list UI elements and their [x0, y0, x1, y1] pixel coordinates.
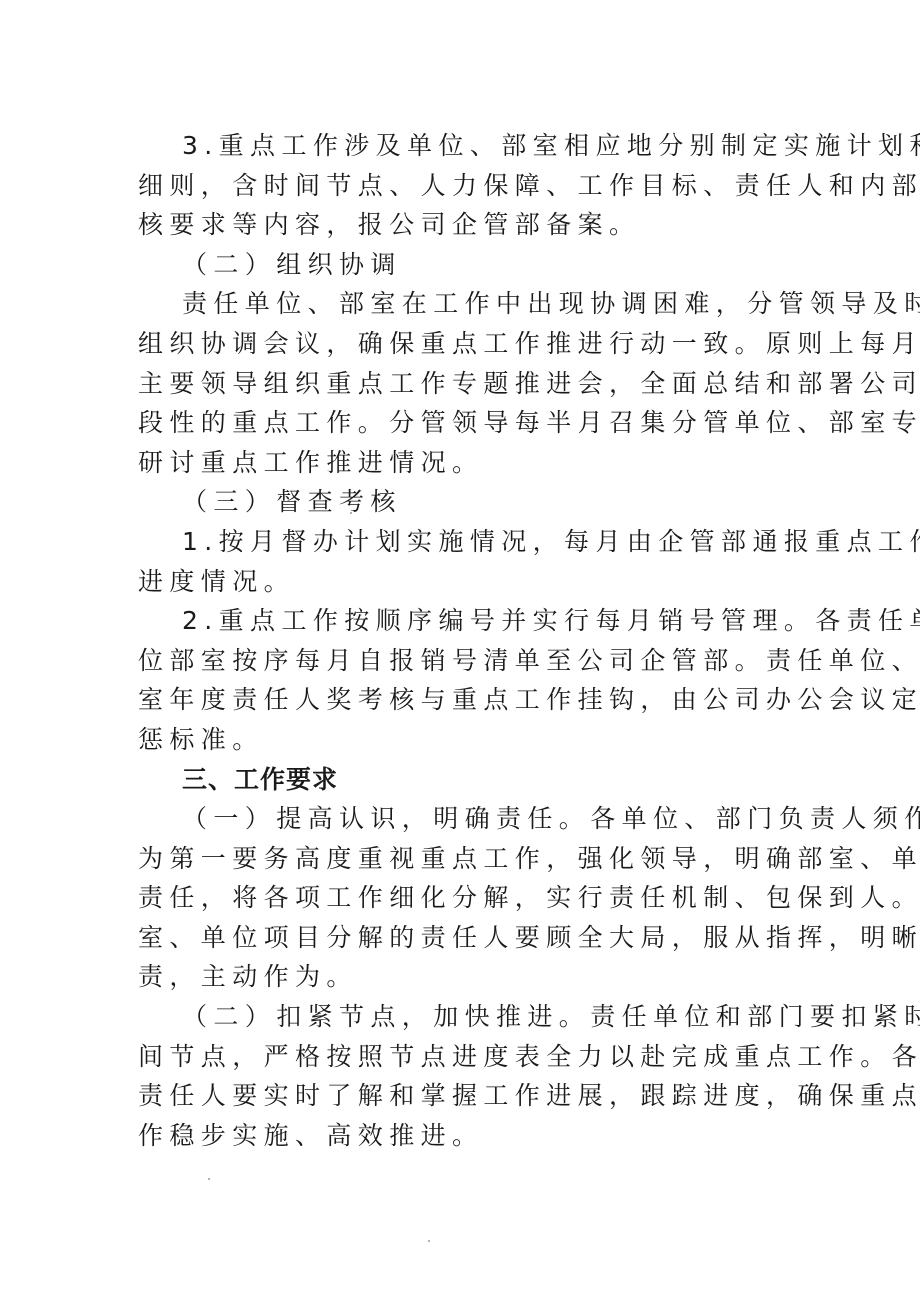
requirement-2-line-3: 责任人要实时了解和掌握工作进展，跟踪进度，确保重点工: [138, 1076, 783, 1116]
section-heading-work-requirements: 三、工作要求: [138, 760, 783, 800]
assess-item-2-line-1: 2.重点工作按顺序编号并实行每月销号管理。各责任单: [138, 601, 783, 641]
document-page: 3.重点工作涉及单位、部室相应地分别制定实施计划和 细则，含时间节点、人力保障、…: [138, 126, 783, 1155]
coordinate-paragraph-line-3: 主要领导组织重点工作专题推进会，全面总结和部署公司阶: [138, 364, 783, 404]
assess-item-1-line-1: 1.按月督办计划实施情况，每月由企管部通报重点工作: [138, 522, 783, 562]
scan-speck: [208, 1178, 210, 1180]
requirement-1-line-4: 室、单位项目分解的责任人要顾全大局，服从指挥，明晰权: [138, 918, 783, 958]
paragraph-3-line-3: 核要求等内容，报公司企管部备案。: [138, 205, 783, 245]
requirement-1-line-1: （一）提高认识，明确责任。各单位、部门负责人须作: [138, 799, 783, 839]
subheading-supervise-assess: （三）督查考核: [138, 482, 783, 522]
assess-item-1-line-2: 进度情况。: [138, 562, 783, 602]
coordinate-paragraph-line-2: 组织协调会议，确保重点工作推进行动一致。原则上每月底: [138, 324, 783, 364]
requirement-1-line-5: 责，主动作为。: [138, 957, 783, 997]
requirement-2-line-4: 作稳步实施、高效推进。: [138, 1116, 783, 1156]
coordinate-paragraph-line-1: 责任单位、部室在工作中出现协调困难，分管领导及时: [138, 284, 783, 324]
scan-speck: [350, 512, 352, 514]
coordinate-paragraph-line-5: 研讨重点工作推进情况。: [138, 443, 783, 483]
coordinate-paragraph-line-4: 段性的重点工作。分管领导每半月召集分管单位、部室专题: [138, 403, 783, 443]
paragraph-3-line-1: 3.重点工作涉及单位、部室相应地分别制定实施计划和: [138, 126, 783, 166]
assess-item-2-line-2: 位部室按序每月自报销号清单至公司企管部。责任单位、部: [138, 641, 783, 681]
paragraph-3-line-2: 细则，含时间节点、人力保障、工作目标、责任人和内部考: [138, 166, 783, 206]
requirement-2-line-1: （二）扣紧节点，加快推进。责任单位和部门要扣紧时: [138, 997, 783, 1037]
scan-speck: [428, 1240, 430, 1242]
requirement-2-line-2: 间节点，严格按照节点进度表全力以赴完成重点工作。各级: [138, 1037, 783, 1077]
requirement-1-line-3: 责任，将各项工作细化分解，实行责任机制、包保到人。部: [138, 878, 783, 918]
requirement-1-line-2: 为第一要务高度重视重点工作，强化领导，明确部室、单位: [138, 839, 783, 879]
assess-item-2-line-4: 惩标准。: [138, 720, 783, 760]
subheading-organize-coordinate: （二）组织协调: [138, 245, 783, 285]
assess-item-2-line-3: 室年度责任人奖考核与重点工作挂钩，由公司办公会议定奖: [138, 680, 783, 720]
